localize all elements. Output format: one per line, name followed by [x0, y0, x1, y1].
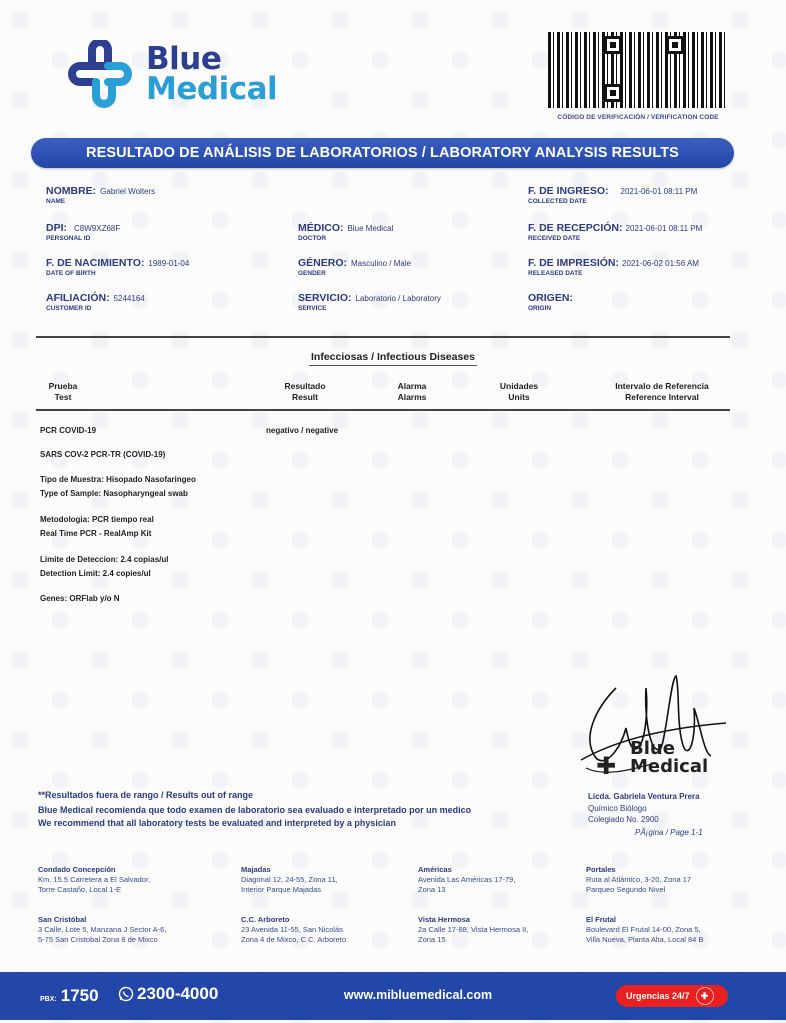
branch-item: PortalesRuta al Atlántico, 3-20, Zona 17… — [586, 865, 756, 895]
branch-item: AméricasAvenida Las Américas 17-79,Zona … — [418, 865, 588, 895]
urgent-care-button[interactable]: Urgencias 24/7 ✚ — [616, 985, 728, 1007]
field-collected-date: F. DE INGRESO:2021-06-01 08:11 PM COLLEC… — [528, 185, 697, 205]
medical-cross-icon — [66, 40, 138, 112]
released-date: 2021-06-02 01:56 AM — [622, 259, 699, 268]
ambulance-icon: ✚ — [696, 987, 714, 1005]
patient-dob: 1989-01-04 — [148, 259, 189, 268]
branch-item: Condado ConcepciónKm. 15.5 Carretera a E… — [38, 865, 208, 895]
signer-name: Licda. Gabriela Ventura Prera — [588, 792, 700, 801]
field-received-date: F. DE RECEPCIÓN:2021-06-01 08:11 PM RECE… — [528, 222, 702, 242]
signer-registration: Colegiado No. 2900 — [588, 815, 659, 824]
branch-item: C.C. Arboreto23 Avenida 11-55, San Nicol… — [241, 915, 411, 945]
qr-caption: CÓDIGO DE VERIFICACIÓN / VERIFICATION CO… — [548, 114, 728, 121]
verification-qr-code — [548, 32, 728, 112]
recommendation-es: Blue Medical recomienda que todo examen … — [38, 805, 471, 815]
branch-item: MajadasDiagonal 12, 24-55, Zona 11,Inter… — [241, 865, 411, 895]
field-doctor: MÉDICO:Blue Medical DOCTOR — [298, 222, 393, 242]
document-title: RESULTADO DE ANÁLISIS DE LABORATORIOS / … — [86, 145, 679, 161]
patient-name: Gabriel Wolters — [100, 187, 155, 196]
header-test: PruebaTest — [40, 381, 86, 403]
signature-stamp: ✚ Blue Medical — [576, 668, 736, 788]
detail-line: Tipo de Muestra: Hisopado Nasofaringeo — [40, 475, 196, 484]
detail-line: SARS COV-2 PCR-TR (COVID-19) — [40, 450, 165, 459]
detail-line: Metodologia: PCR tiempo real — [40, 515, 154, 524]
patient-dpi: C8W9XZ68F — [74, 224, 120, 233]
branch-item: San Cristóbal3 Calle, Lote 5, Manzana J … — [38, 915, 208, 945]
branch-item: El FrutalBoulevard El Frutal 14-00, Zona… — [586, 915, 756, 945]
field-name: NOMBRE:Gabriel Wolters NAME — [46, 185, 155, 205]
test-result: negativo / negative — [266, 426, 338, 435]
stamp-cross-icon: ✚ — [596, 752, 616, 780]
patient-gender: Masculino / Male — [351, 259, 411, 268]
field-dob: F. DE NACIMIENTO:1989-01-04 DATE OF BIRT… — [46, 257, 189, 277]
info-divider — [36, 336, 730, 338]
table-header-divider — [36, 409, 730, 411]
detail-line: Type of Sample: Nasopharyngeal swab — [40, 489, 188, 498]
field-gender: GÉNERO:Masculino / Male GENDER — [298, 257, 411, 277]
patient-service: Laboratorio / Laboratory — [355, 294, 440, 303]
field-affiliation: AFILIACIÓN:5244164 CUSTOMER ID — [46, 292, 145, 312]
received-date: 2021-06-01 08:11 PM — [626, 224, 703, 233]
branch-item: Vista Hermosa2a Calle 17-88, Vista Hermo… — [418, 915, 588, 945]
patient-doctor: Blue Medical — [348, 224, 394, 233]
header-result: ResultadoResult — [270, 381, 340, 403]
field-service: SERVICIO:Laboratorio / Laboratory SERVIC… — [298, 292, 441, 312]
detail-line: Limite de Deteccion: 2.4 copias/ul — [40, 555, 168, 564]
logo-text-blue: Blue — [146, 44, 277, 74]
header-reference-interval: Intervalo de ReferenciaReference Interva… — [594, 381, 730, 403]
qr-code-icon — [548, 32, 728, 108]
field-origin: ORIGEN: ORIGIN — [528, 292, 577, 312]
document-title-bar: RESULTADO DE ANÁLISIS DE LABORATORIOS / … — [31, 138, 734, 168]
brand-logo: Blue Medical — [66, 40, 286, 115]
detail-line: Real Time PCR - RealAmp Kit — [40, 529, 151, 538]
page-number: PÃ¡gina / Page 1-1 — [635, 828, 703, 837]
signer-role: Químico Biólogo — [588, 804, 647, 813]
detail-line: Detection Limit: 2.4 copies/ul — [40, 569, 151, 578]
field-dpi: DPI:C8W9XZ68F PERSONAL ID — [46, 222, 120, 242]
logo-text-medical: Medical — [146, 74, 277, 104]
test-name: PCR COVID-19 — [40, 426, 96, 435]
header-alarms: AlarmaAlarms — [384, 381, 440, 403]
collected-date: 2021-06-01 08:11 PM — [621, 187, 698, 196]
detail-line: Genes: ORFlab y/o N — [40, 594, 120, 603]
field-released-date: F. DE IMPRESIÓN:2021-06-02 01:56 AM RELE… — [528, 257, 699, 277]
out-of-range-note: **Resultados fuera de rango / Results ou… — [38, 790, 253, 800]
recommendation-en: We recommend that all laboratory tests b… — [38, 818, 396, 828]
patient-affiliation: 5244164 — [114, 294, 145, 303]
header-units: UnidadesUnits — [486, 381, 552, 403]
section-heading: Infecciosas / Infectious Diseases — [0, 347, 786, 365]
